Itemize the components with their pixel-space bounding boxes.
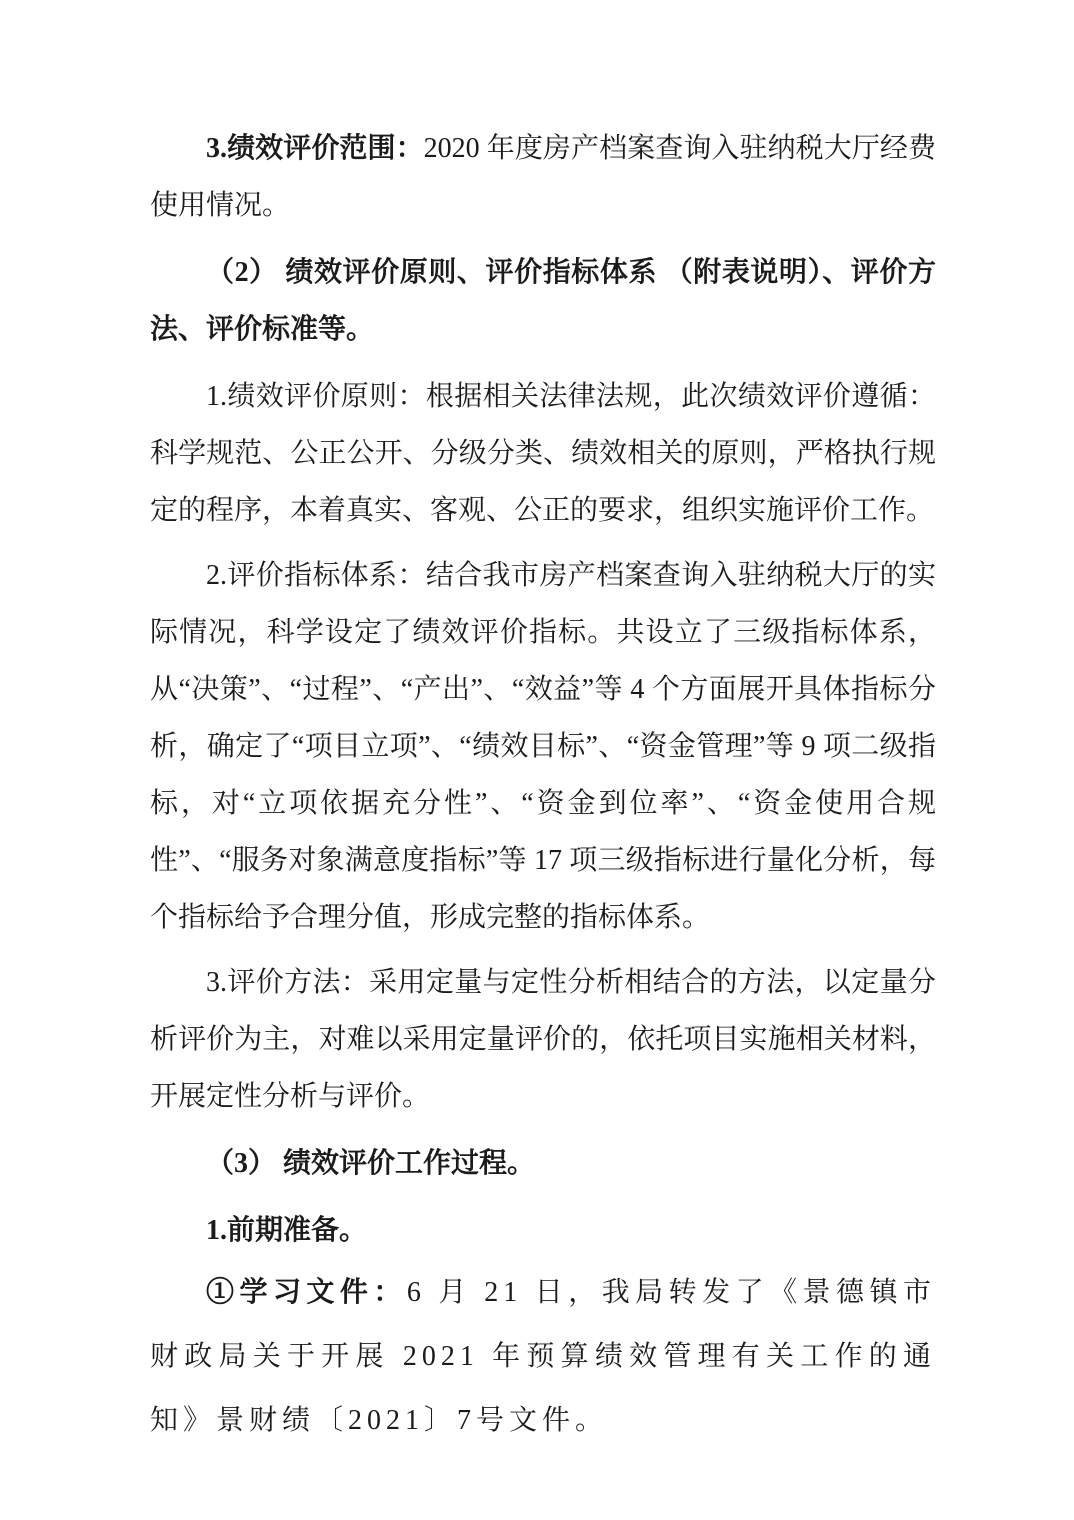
body-paragraph: ①学习文件：6 月 21 日，我局转发了《景德镇市财政局关于开展 2021 年预… [150, 1261, 936, 1453]
body-paragraph: 3.绩效评价范围：2020 年度房产档案查询入驻纳税大厅经费使用情况。 [150, 120, 936, 234]
body-paragraph: 3.评价方法：采用定量与定性分析相结合的方法，以定量分析评价为主，对难以采用定量… [150, 954, 936, 1125]
paragraph-lead: 3.绩效评价范围： [206, 133, 424, 164]
section-heading: （2） 绩效评价原则、评价指标体系 （附表说明）、评价方法、评价标准等。 [150, 244, 936, 358]
section-heading: （3） 绩效评价工作过程。 [150, 1135, 936, 1192]
paragraph-lead: ①学习文件： [206, 1277, 407, 1308]
body-paragraph: 2.评价指标体系：结合我市房产档案查询入驻纳税大厅的实际情况，科学设定了绩效评价… [150, 547, 936, 946]
document-page: 3.绩效评价范围：2020 年度房产档案查询入驻纳税大厅经费使用情况。（2） 绩… [0, 0, 1074, 1520]
sub-heading: 1.前期准备。 [150, 1202, 936, 1259]
paragraph-text: 2.评价指标体系：结合我市房产档案查询入驻纳税大厅的实际情况，科学设定了绩效评价… [150, 560, 936, 933]
paragraph-text: （3） 绩效评价工作过程。 [206, 1148, 535, 1179]
paragraph-text: （2） 绩效评价原则、评价指标体系 （附表说明）、评价方法、评价标准等。 [150, 257, 936, 345]
body-paragraph: 1.绩效评价原则：根据相关法律法规，此次绩效评价遵循：科学规范、公正公开、分级分… [150, 368, 936, 539]
document-body: 3.绩效评价范围：2020 年度房产档案查询入驻纳税大厅经费使用情况。（2） 绩… [150, 120, 936, 1453]
paragraph-text: 1.绩效评价原则：根据相关法律法规，此次绩效评价遵循：科学规范、公正公开、分级分… [150, 381, 936, 526]
paragraph-text: 1.前期准备。 [206, 1215, 367, 1246]
paragraph-text: 3.评价方法：采用定量与定性分析相结合的方法，以定量分析评价为主，对难以采用定量… [150, 967, 936, 1112]
